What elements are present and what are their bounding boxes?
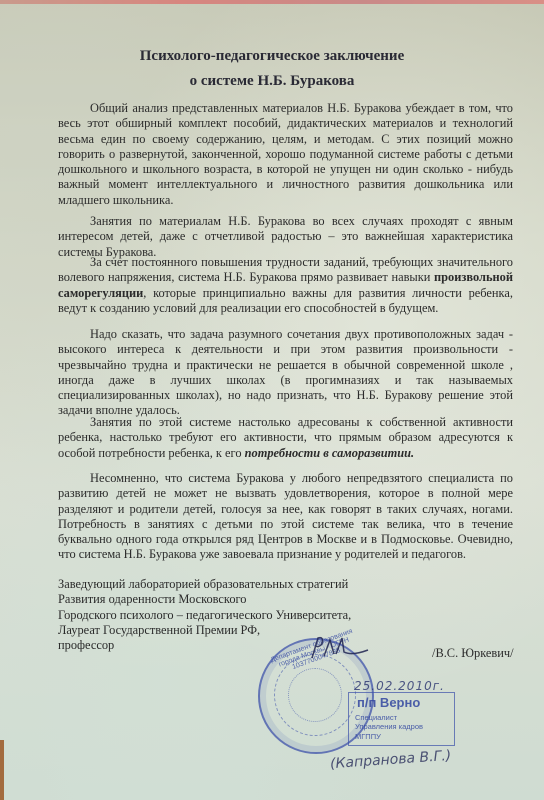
- signatory-name: /В.С. Юркевич/: [432, 646, 514, 661]
- paragraph-5: Занятия по этой системе настолько адресо…: [58, 415, 513, 461]
- certification-date: 25.02.2010г.: [354, 679, 445, 693]
- document-page: Психолого-педагогическое заключение о си…: [0, 0, 544, 800]
- paragraph-5-emphasis: потребности в саморазвитии.: [245, 446, 415, 460]
- certification-stamp-title: п/п Верно: [357, 695, 420, 710]
- document-subtitle: о системе Н.Б. Буракова: [0, 73, 544, 90]
- handwritten-signature-icon: [308, 634, 388, 662]
- paragraph-3: За счет постоянного повышения трудности …: [58, 255, 513, 316]
- paragraph-6: Несомненно, что система Буракова у любог…: [58, 471, 513, 563]
- signatory-line: Заведующий лабораторией образовательных …: [58, 577, 351, 592]
- paragraph-1: Общий анализ представленных материалов Н…: [58, 101, 513, 208]
- paragraph-2: Занятия по материалам Н.Б. Буракова во в…: [58, 214, 513, 260]
- certification-stamp-line: МГППУ: [355, 732, 381, 741]
- certification-stamp-line: Управления кадров: [355, 722, 423, 731]
- page-top-edge: [0, 0, 544, 4]
- certification-stamp-line: Специалист: [355, 713, 397, 722]
- signatory-line: Развития одаренности Московского: [58, 592, 351, 607]
- paragraph-4: Надо сказать, что задача разумного сочет…: [58, 327, 513, 419]
- page-left-edge: [0, 740, 4, 800]
- certification-stamp: п/п Верно Специалист Управления кадров М…: [348, 692, 455, 746]
- document-title: Психолого-педагогическое заключение: [0, 48, 544, 65]
- signatory-line: Городского психолого – педагогического У…: [58, 608, 351, 623]
- handwritten-certifier-name: (Капранова В.Г.): [330, 748, 452, 772]
